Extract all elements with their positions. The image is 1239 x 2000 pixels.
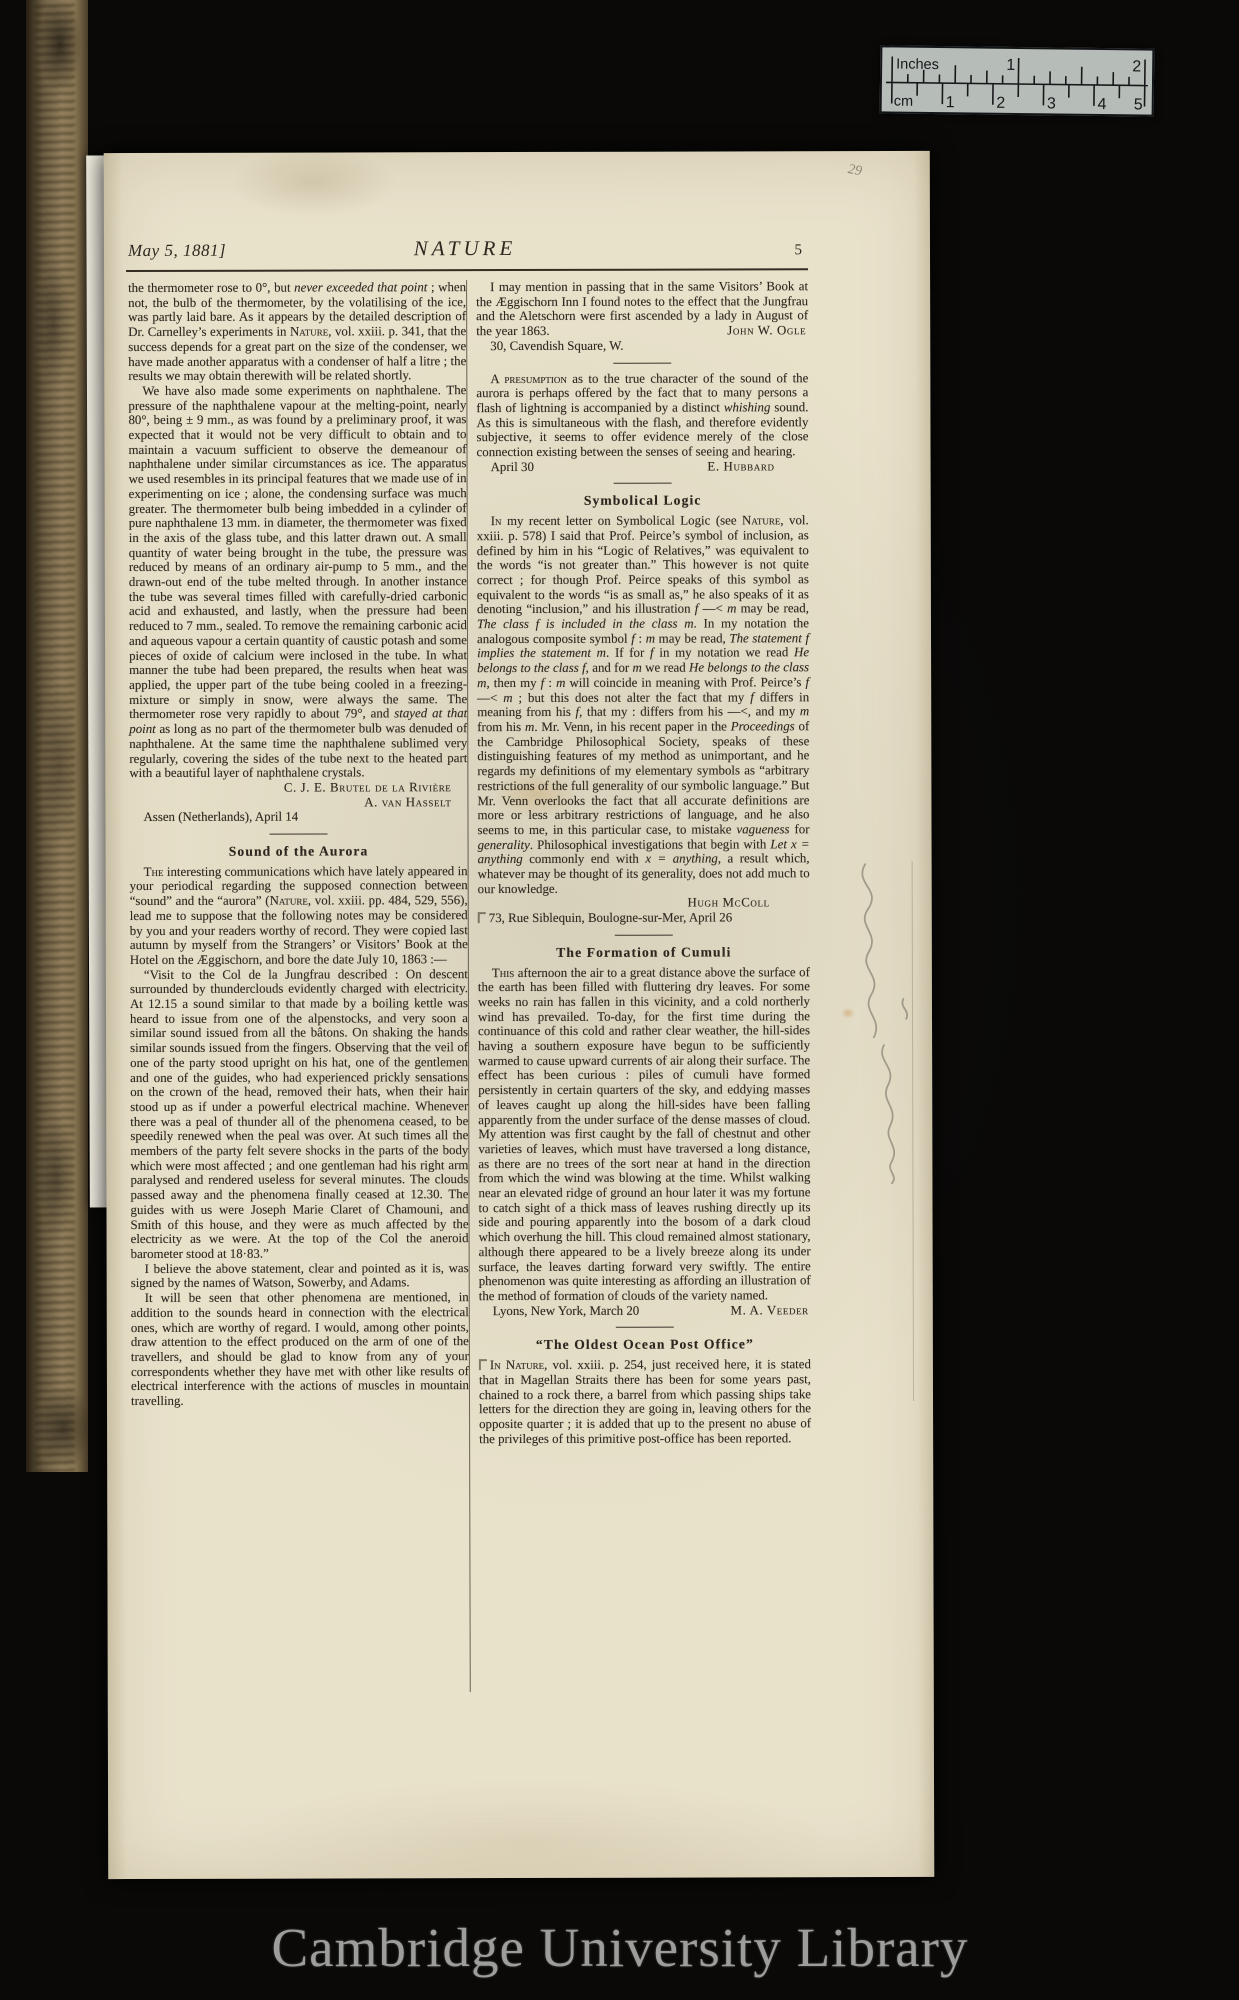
- paragraph-text: We have also made some experiments on na…: [128, 383, 467, 780]
- section-heading-aurora: Sound of the Aurora: [130, 844, 468, 860]
- page-number: 5: [612, 242, 806, 260]
- paragraph-text: I believe the above statement, clear and…: [131, 1261, 469, 1291]
- paragraph-text: It will be seen that other phenomena are…: [131, 1290, 469, 1408]
- letter-paragraph: It will be seen that other phenomena are…: [131, 1290, 469, 1409]
- paragraph-text: A presumption as to the true character o…: [476, 371, 808, 459]
- section-heading-post-office: “The Oldest Ocean Post Office”: [479, 1338, 811, 1354]
- paragraph-text: “Visit to the Col de la Jungfrau describ…: [130, 967, 469, 1261]
- ruler-cm-2: 2: [996, 95, 1005, 112]
- letter-paragraph: I may mention in passing that in the sam…: [476, 279, 808, 339]
- letter-place-date: Assen (Netherlands), April 14: [129, 809, 467, 825]
- signature-veeder: M. A. Veeder: [717, 1303, 811, 1318]
- letter-paragraph: In Nature, vol. xxiii. p. 254, just rece…: [479, 1357, 811, 1446]
- signature-brutel: C. J. E. Brutel de la Rivière: [129, 780, 467, 796]
- paragraph-text: In Nature, vol. xxiii. p. 254, just rece…: [479, 1357, 811, 1445]
- signature-hubbard: E. Hubbard: [707, 459, 808, 474]
- journal-title: NATURE: [318, 236, 612, 262]
- letter-paragraph: I believe the above statement, clear and…: [131, 1261, 469, 1291]
- pencil-folio-number: 29: [847, 162, 864, 180]
- letter-paragraph: This afternoon the air to a great distan…: [478, 965, 811, 1304]
- section-divider: [616, 1327, 674, 1328]
- ruler-scale-icon: Inches 1 2 cm 1 2 3 4 5: [882, 47, 1153, 114]
- paragraph-text: In my recent letter on Symbolical Logic …: [477, 513, 810, 895]
- pencil-tick-icon: [478, 912, 486, 923]
- signature-ogle: John W. Ogle: [713, 323, 808, 338]
- letter-paragraph: the thermometer rose to 0°, but never ex…: [128, 280, 466, 384]
- column-right: I may mention in passing that in the sam…: [476, 279, 811, 1446]
- ruler-cm-label: cm: [894, 93, 914, 109]
- journal-page: 29 May 5, 1881] NATURE 5 the thermometer…: [104, 151, 935, 1879]
- ruler-cm-4: 4: [1097, 96, 1106, 113]
- page-header: May 5, 1881] NATURE 5: [128, 235, 806, 262]
- paragraph-text: This afternoon the air to a great distan…: [478, 965, 811, 1303]
- date-signature-line: April 30 E. Hubbard: [477, 459, 809, 475]
- section-divider: [615, 934, 673, 935]
- header-rule: [126, 268, 808, 272]
- letter-paragraph: We have also made some experiments on na…: [128, 383, 467, 781]
- section-divider: [614, 483, 672, 484]
- signature-van-hasselt: A. van Hasselt: [129, 795, 467, 811]
- adjacent-page-edge: [26, 0, 88, 1472]
- measurement-ruler: Inches 1 2 cm 1 2 3 4 5: [880, 45, 1155, 116]
- letter-paragraph: A presumption as to the true character o…: [476, 371, 808, 460]
- ruler-cm-3: 3: [1047, 95, 1056, 112]
- section-divider: [270, 834, 328, 835]
- library-watermark: Cambridge University Library: [150, 1916, 1090, 1979]
- ruler-cm-1: 1: [946, 94, 955, 111]
- header-date: May 5, 1881]: [128, 241, 318, 261]
- section-heading-cumuli: The Formation of Cumuli: [478, 945, 810, 961]
- paragraph-text: the thermometer rose to 0°, but never ex…: [128, 280, 466, 383]
- letter-date: April 30: [477, 460, 534, 475]
- letter-paragraph: “Visit to the Col de la Jungfrau describ…: [130, 967, 469, 1262]
- scanned-document-view: { "overlay": { "watermark": "Cambridge U…: [0, 0, 1239, 2000]
- paragraph-text: The interesting communications which hav…: [130, 864, 468, 967]
- column-left: the thermometer rose to 0°, but never ex…: [128, 280, 469, 1409]
- address-text: 73, Rue Siblequin, Boulogne-sur-Mer, Apr…: [489, 911, 732, 926]
- letter-paragraph: The interesting communications which hav…: [130, 864, 468, 968]
- letter-paragraph: In my recent letter on Symbolical Logic …: [477, 513, 810, 896]
- letter-address: 73, Rue Siblequin, Boulogne-sur-Mer, Apr…: [478, 910, 810, 926]
- ruler-inch-1: 1: [1006, 57, 1015, 74]
- pencil-tick-icon: [479, 1359, 487, 1370]
- letter-address: 30, Cavendish Square, W.: [476, 338, 808, 354]
- signature-mccoll: Hugh McColl: [478, 896, 810, 912]
- section-divider: [613, 362, 671, 363]
- ruler-cm-5: 5: [1134, 96, 1143, 113]
- ruler-inch-2: 2: [1132, 58, 1141, 75]
- ruler-inches-label: Inches: [896, 57, 939, 74]
- section-heading-logic: Symbolical Logic: [477, 494, 809, 510]
